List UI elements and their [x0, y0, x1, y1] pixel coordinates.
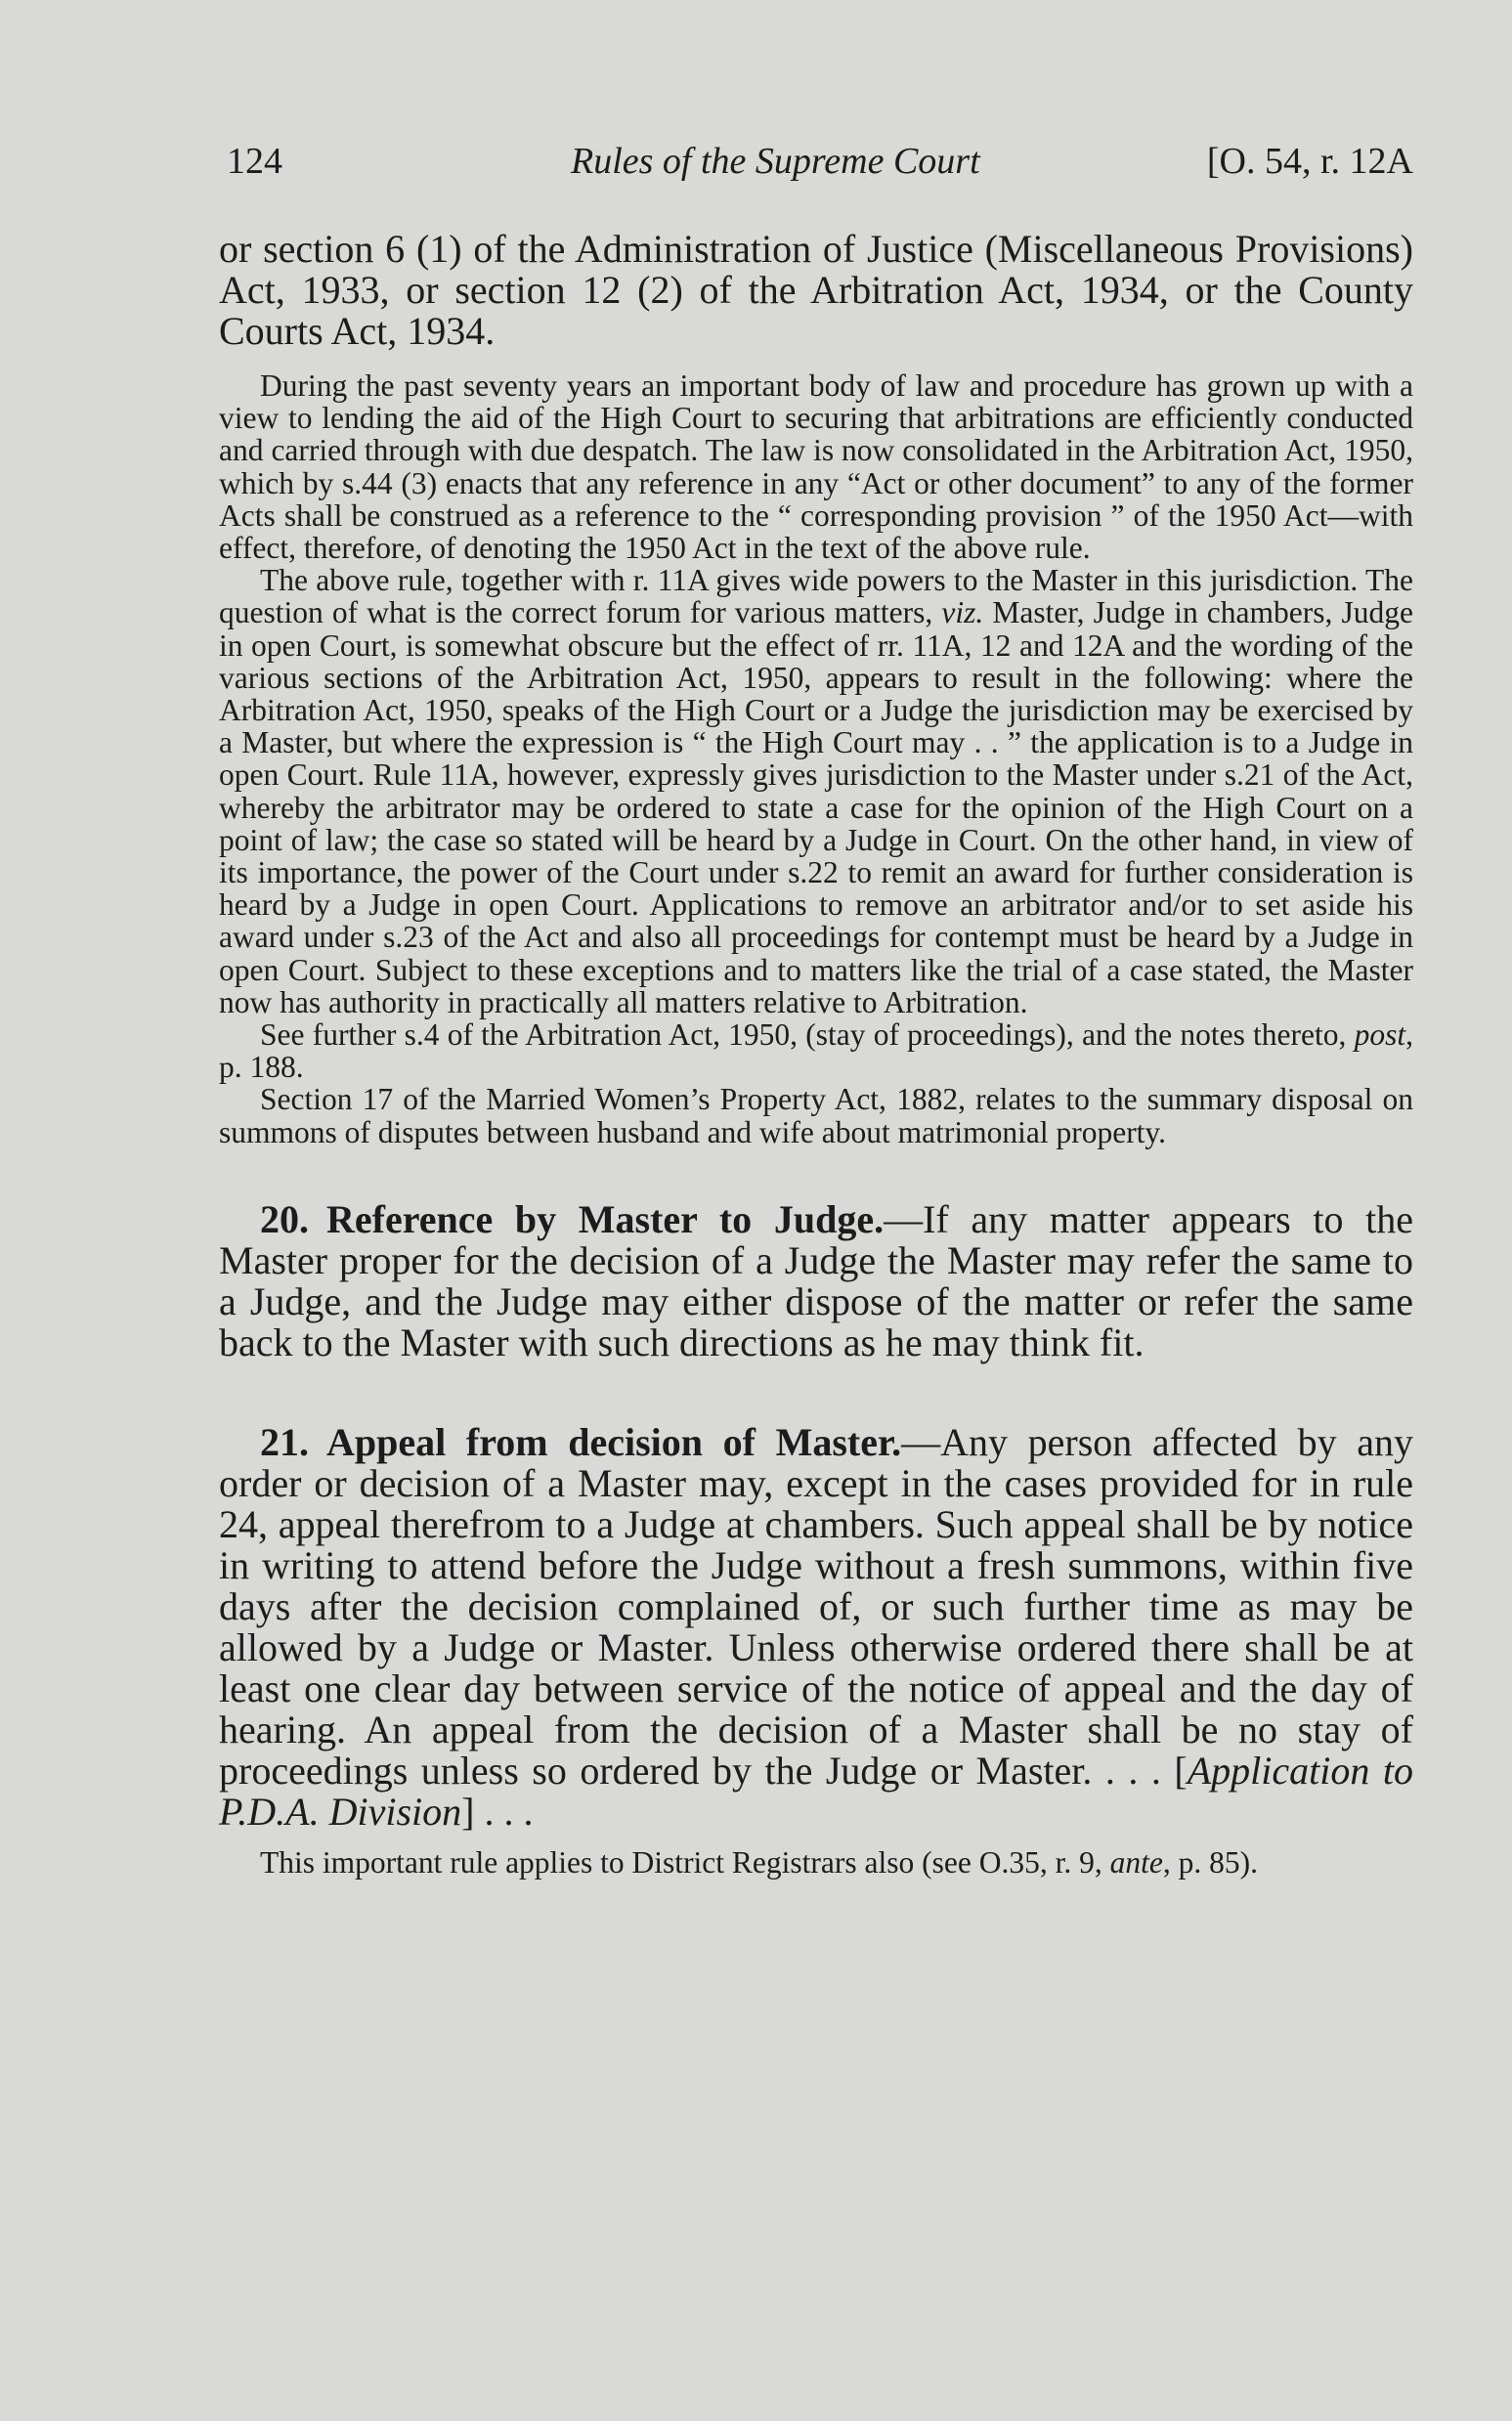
- rule-heading: Reference by Master to Judge.: [326, 1197, 884, 1241]
- running-header: 124 Rules of the Supreme Court [O. 54, r…: [219, 127, 1413, 195]
- page-number: 124: [227, 127, 282, 195]
- rule-body: —Any person affected by any order or dec…: [219, 1420, 1413, 1793]
- note-paragraph: Section 17 of the Married Women’s Proper…: [219, 1083, 1413, 1147]
- note-paragraph: During the past seventy years an importa…: [219, 369, 1413, 564]
- document-page: 124 Rules of the Supreme Court [O. 54, r…: [219, 127, 1413, 1879]
- editorial-notes: During the past seventy years an importa…: [219, 369, 1413, 1148]
- order-rule-reference: [O. 54, r. 12A: [1207, 127, 1413, 195]
- rule-number: 20.: [260, 1197, 309, 1241]
- rule-21: 21.Appeal from decision of Master.—Any p…: [219, 1422, 1413, 1833]
- note-paragraph: The above rule, together with r. 11A giv…: [219, 564, 1413, 1018]
- running-title: Rules of the Supreme Court: [571, 127, 980, 195]
- rule-20: 20.Reference by Master to Judge.—If any …: [219, 1199, 1413, 1363]
- rule-heading: Appeal from decision of Master.: [326, 1420, 901, 1464]
- note-paragraph: See further s.4 of the Arbitration Act, …: [219, 1018, 1413, 1083]
- continued-rule-text: or section 6 (1) of the Administration o…: [219, 229, 1413, 352]
- rule-21-note: This important rule applies to District …: [219, 1846, 1413, 1879]
- rule-number: 21.: [260, 1420, 309, 1464]
